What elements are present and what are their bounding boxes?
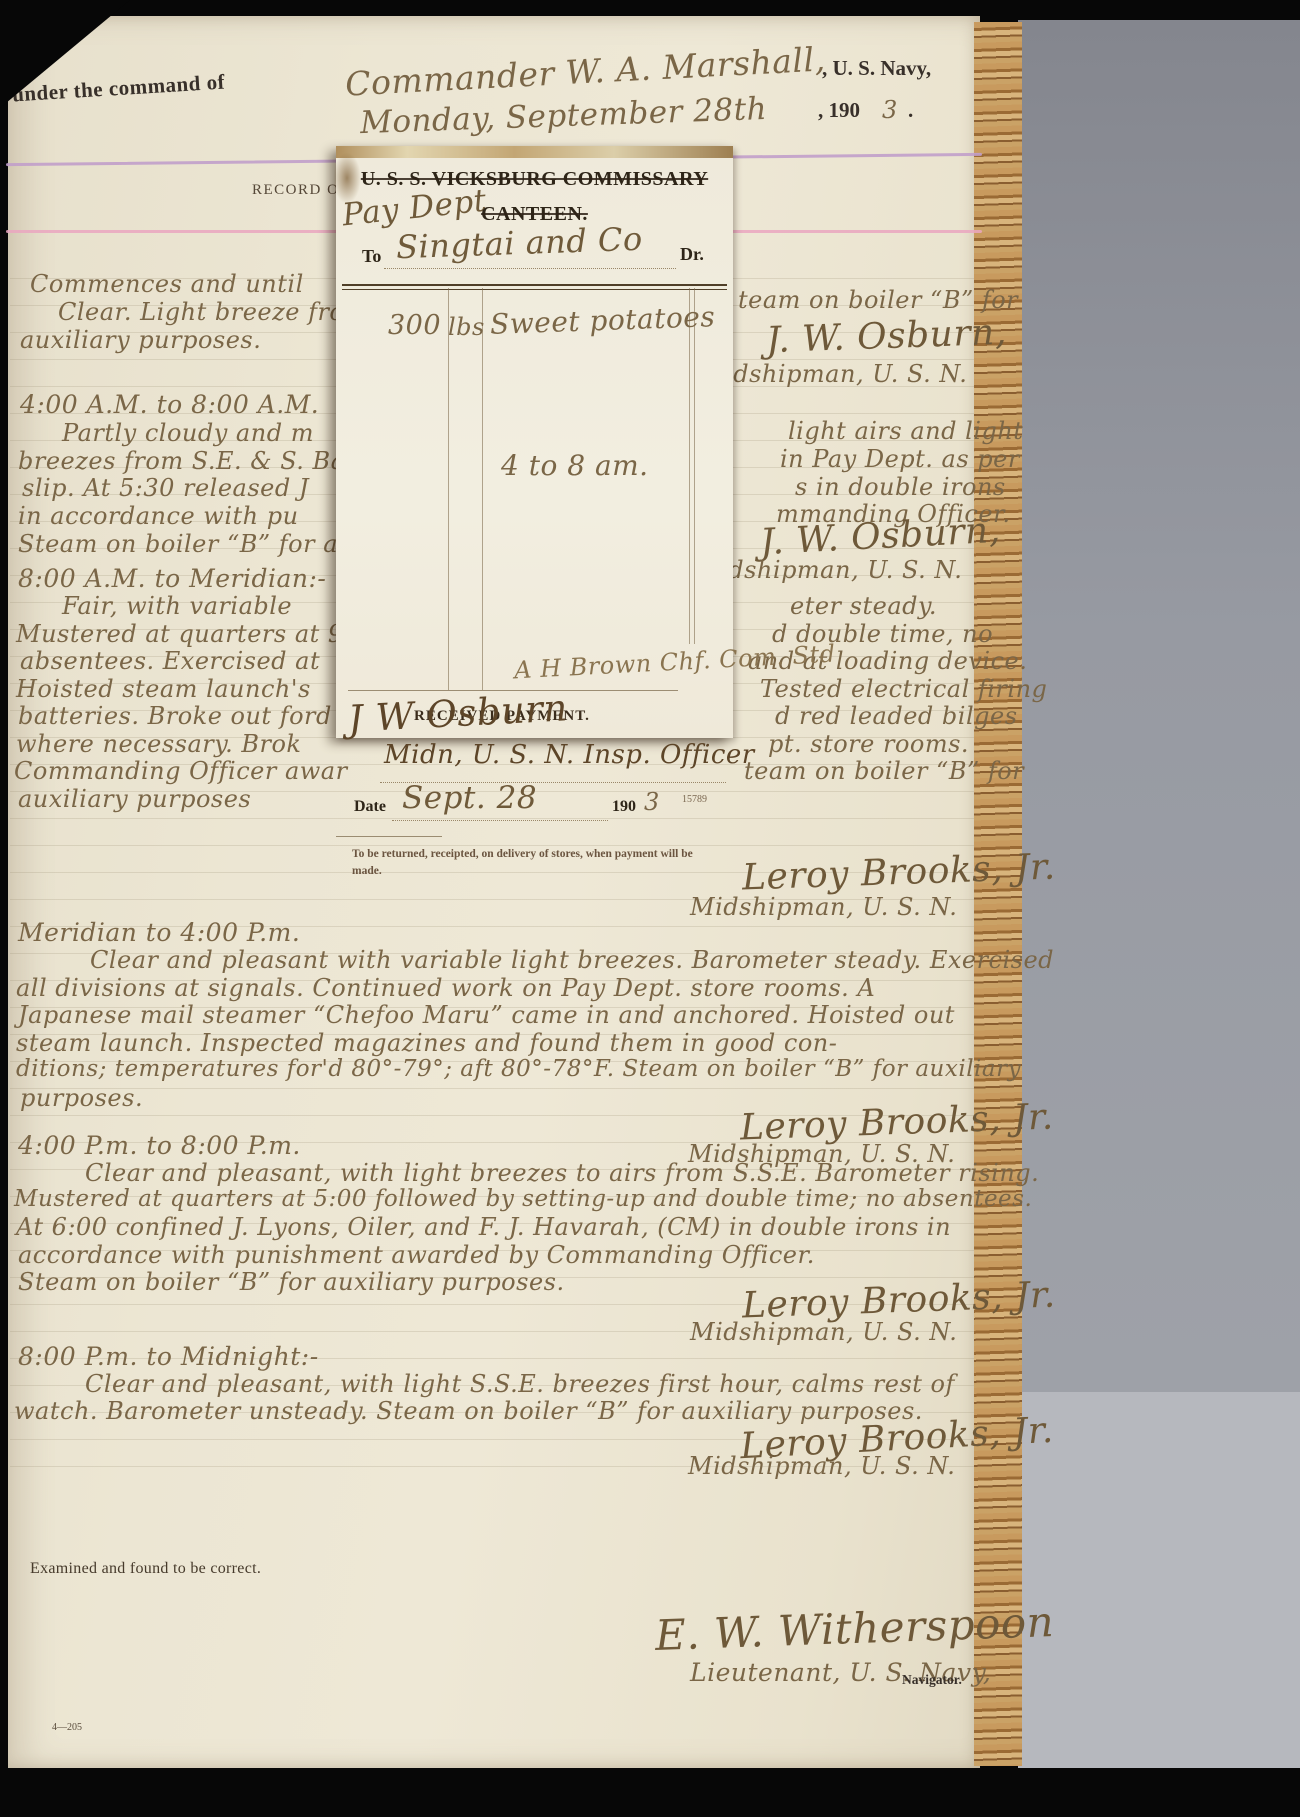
examined-statement: Examined and found to be correct. (30, 1560, 261, 1578)
log-line-fragment: Tested electrical firing (760, 675, 1047, 703)
receipt-time-note: 4 to 8 am. (501, 449, 649, 482)
log-line-fragment: light airs and light (788, 417, 1023, 445)
log-line-fragment: d red leaded bilges (775, 702, 1018, 730)
glue-strip (336, 146, 733, 158)
log-line: steam launch. Inspected magazines and fo… (16, 1029, 837, 1057)
receipt-date-script: Sept. 28 (402, 780, 537, 816)
receipt-date-label: Date (354, 798, 386, 816)
receipt-form-number: 15789 (682, 794, 707, 805)
receipt-unit: lbs (448, 313, 485, 341)
receipt-quantity: 300 (388, 310, 441, 341)
receipt-payee: Singtai and Co (395, 220, 643, 267)
log-line: Hoisted steam launch's (16, 675, 311, 703)
log-line-fragment: pt. store rooms. (768, 730, 969, 758)
log-line-fragment: team on boiler “B” for (744, 757, 1024, 785)
logbook-page-scan: under the command of Commander W. A. Mar… (0, 0, 1300, 1817)
log-line: Partly cloudy and m (62, 419, 314, 447)
log-line: Mustered at quarters at 9 (16, 620, 344, 648)
log-line: absentees. Exercised at (20, 647, 320, 675)
receipt-item: Sweet potatoes (489, 300, 715, 341)
watch-signature-rank: Midshipman, U. S. N. (695, 556, 962, 584)
log-line-fragment: in Pay Dept. as per (780, 445, 1020, 473)
watch-title: 4:00 P.m. to 8:00 P.m. (18, 1131, 301, 1160)
log-line: all divisions at signals. Continued work… (16, 974, 875, 1002)
column-rule (482, 288, 483, 690)
receipt-year-prefix: 190 (612, 798, 636, 816)
log-line: where necessary. Brok (16, 730, 301, 758)
watch-signature-rank: Midshipman, U. S. N. (688, 1452, 955, 1480)
log-line: Commences and until (30, 270, 304, 298)
received-signature-title: Midn, U. S. N. Insp. Officer (384, 740, 755, 770)
log-line: Mustered at quarters at 5:00 followed by… (14, 1186, 1032, 1212)
watch-signature: J. W. Osburn, (765, 312, 1007, 361)
log-line: auxiliary purposes (18, 785, 251, 813)
log-line: watch. Barometer unsteady. Steam on boil… (14, 1397, 923, 1425)
log-line: Fair, with variable (62, 592, 292, 620)
log-line: At 6:00 confined J. Lyons, Oiler, and F.… (16, 1213, 951, 1241)
receipt-to-label: To (362, 246, 381, 267)
year-digit-handwriting: 3 (882, 96, 898, 124)
column-rule (448, 288, 449, 690)
date-dotted-line (392, 820, 608, 821)
commissary-receipt: U. S. S. VICKSBURG COMMISSARY Pay Dept C… (336, 146, 733, 738)
watch-title: Meridian to 4:00 P.m. (18, 918, 300, 947)
watch-title: 8:00 A.M. to Meridian:- (18, 564, 326, 593)
log-line: batteries. Broke out ford (18, 702, 332, 730)
receipt-dr-label: Dr. (680, 244, 704, 265)
receipt-fine-print: To be returned, receipted, on delivery o… (352, 846, 720, 881)
form-code: 4—205 (52, 1722, 82, 1733)
log-line: accordance with punishment awarded by Co… (18, 1241, 815, 1269)
log-line: Clear and pleasant, with light S.S.E. br… (85, 1370, 955, 1398)
backing-sheet-light-area (1018, 1392, 1300, 1768)
watch-title: 4:00 A.M. to 8:00 A.M. (20, 390, 319, 419)
column-rule (689, 288, 690, 644)
printed-year-prefix: , 190 (818, 98, 860, 123)
watch-signature-rank: Midshipman, U. S. N. (700, 360, 967, 388)
log-line: ditions; temperatures for'd 80°-79°; aft… (16, 1056, 1021, 1082)
log-line-fragment: s in double irons (795, 473, 1006, 501)
payee-dotted-line (384, 268, 676, 269)
log-line: breezes from S.E. & S. Baro (18, 447, 372, 475)
watch-signature-rank: Midshipman, U. S. N. (690, 1318, 957, 1346)
column-rule (694, 288, 695, 644)
watch-title: 8:00 P.m. to Midnight:- (18, 1342, 319, 1371)
log-line: slip. At 5:30 released J (22, 474, 309, 502)
receipt-year-script: 3 (644, 788, 660, 816)
book-fore-edge (974, 22, 1022, 1766)
log-line: Steam on boiler “B” for au (18, 530, 354, 558)
log-line: Japanese mail steamer “Chefoo Maru” came… (18, 1001, 955, 1029)
log-line: purposes. (20, 1084, 143, 1112)
log-line-fragment: eter steady. (790, 592, 937, 620)
log-line: Clear and pleasant with variable light b… (90, 946, 1054, 974)
log-line: auxiliary purposes. (20, 326, 261, 354)
log-line: Commanding Officer awar (14, 757, 348, 785)
log-line: Clear. Light breeze fro (58, 298, 344, 326)
log-line: Steam on boiler “B” for auxiliary purpos… (18, 1268, 565, 1296)
receipt-title-line1: U. S. S. VICKSBURG COMMISSARY (336, 168, 733, 191)
received-signature: J W Osburn (347, 686, 569, 740)
date-end-rule (336, 836, 442, 837)
watch-signature-rank: Midshipman, U. S. N. (690, 893, 957, 921)
printed-navy-suffix: , U. S. Navy, (822, 56, 931, 81)
log-line-fragment: team on boiler “B” for (738, 286, 1018, 314)
printed-year-period: . (908, 98, 913, 123)
log-line: in accordance with pu (18, 502, 299, 530)
printed-navigator-label: Navigator. (902, 1672, 962, 1688)
receipt-double-rule (342, 284, 727, 290)
log-line: Clear and pleasant, with light breezes t… (85, 1159, 1039, 1187)
